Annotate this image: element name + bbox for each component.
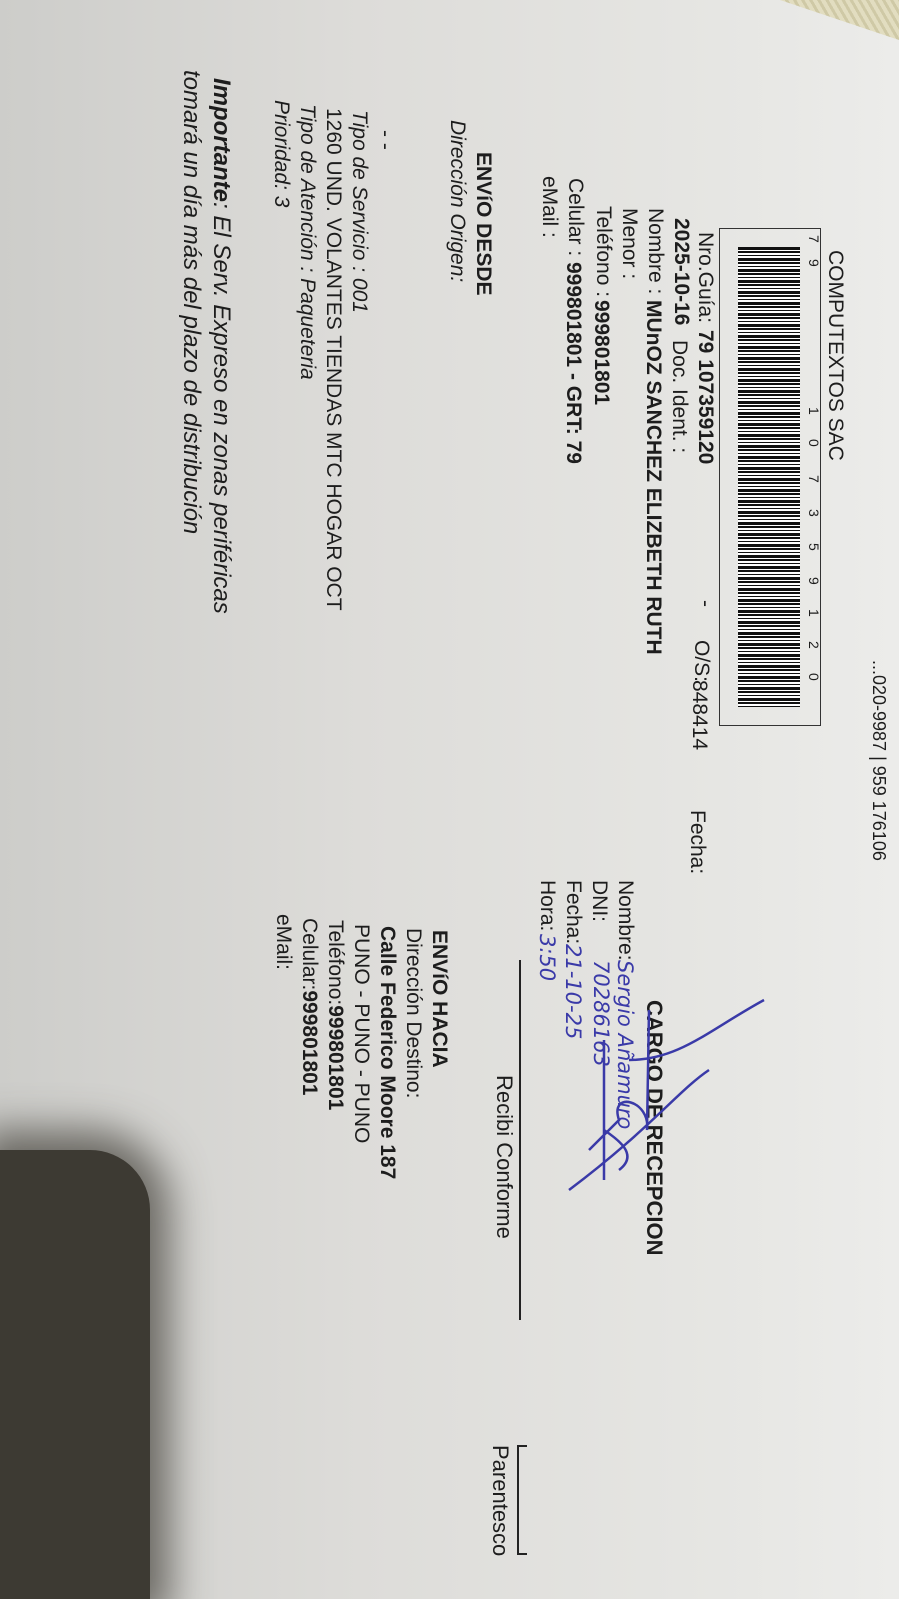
telefono-label: Teléfono : [591,206,615,297]
cargo-hora-label: Hora: [535,880,559,931]
os-value: 848414 [687,680,711,750]
tipo-atencion: Tipo de Atención : Paqueteria [295,104,319,380]
cargo-fecha-label: Fecha: [561,880,585,944]
envio-hacia-title: ENVíO HACIA [427,930,451,1068]
barcode-digits: 7 9 1 0 7 3 5 9 1 2 0 [804,229,822,725]
barcode-bars [738,247,800,707]
guide-date: 2025-10-16 [669,218,693,325]
parentesco-label: Parentesco [487,1445,513,1556]
parentesco-tick-right [517,1553,527,1555]
os-label: O/S: [689,640,713,682]
service-description: 1260 UND. VOLANTES TIENDAS MTC HOGAR OCT [321,108,345,611]
origin-dashes: - - [373,130,397,150]
direccion-destino-label: Dirección Destino: [401,928,425,1098]
parentesco-line [518,1445,520,1555]
ciudad-value: PUNO - PUNO - PUNO [349,924,373,1143]
signature-line [520,960,522,1320]
fecha-label: Fecha: [685,810,709,874]
tipo-servicio: Tipo de Servicio : 001 [347,110,371,313]
cargo-nombre-label: Nombre: [613,880,637,961]
finger-shadow [0,1150,150,1599]
header-contact: ...020-9987 | 959 176106 [868,660,889,861]
guide-separator: - [693,600,717,607]
celular-label: Celular : [563,178,587,256]
menor-label: Menor : [617,208,641,279]
company-name: COMPUTEXTOS SAC [823,250,847,461]
direccion-origen-label: Dirección Origen: [445,120,469,282]
recibi-conforme-label: Recibi Conforme [491,1075,517,1239]
hacia-celular: Celular:999801801 [297,918,321,1096]
telefono-value: 999801801 [589,300,613,405]
cargo-hora-handwritten: 3:50 [535,934,559,981]
hacia-email-label: eMail: [271,914,295,970]
direccion-destino-value: Calle Federico Moore 187 [375,926,399,1179]
nro-guia-label: Nro.Guía: [693,232,717,323]
cargo-dni-label: DNI: [587,880,611,922]
barcode: 7 9 1 0 7 3 5 9 1 2 0 [719,228,821,726]
doc-ident-label: Doc. Ident. : [667,340,691,453]
nombre-label: Nombre : [643,208,667,294]
email-label: eMail : [537,176,561,238]
nro-guia-value: 79 107359120 [693,330,717,464]
important-notice-line2: tomará un día más del plazo de distribuc… [177,70,205,534]
signature-scribble [549,980,769,1220]
envio-desde-title: ENVíO DESDE [471,152,495,296]
parentesco-tick-left [517,1445,527,1447]
prioridad: Prioridad: 3 [269,100,293,207]
hacia-telefono: Teléfono:999801801 [323,920,347,1110]
nombre-value: MUnOZ SANCHEZ ELIZBETH RUTH [641,300,665,655]
celular-value: 999801801 - GRT: 79 [561,262,585,464]
important-notice-line1: Importante: El Serv. Expreso en zonas pe… [207,78,235,614]
